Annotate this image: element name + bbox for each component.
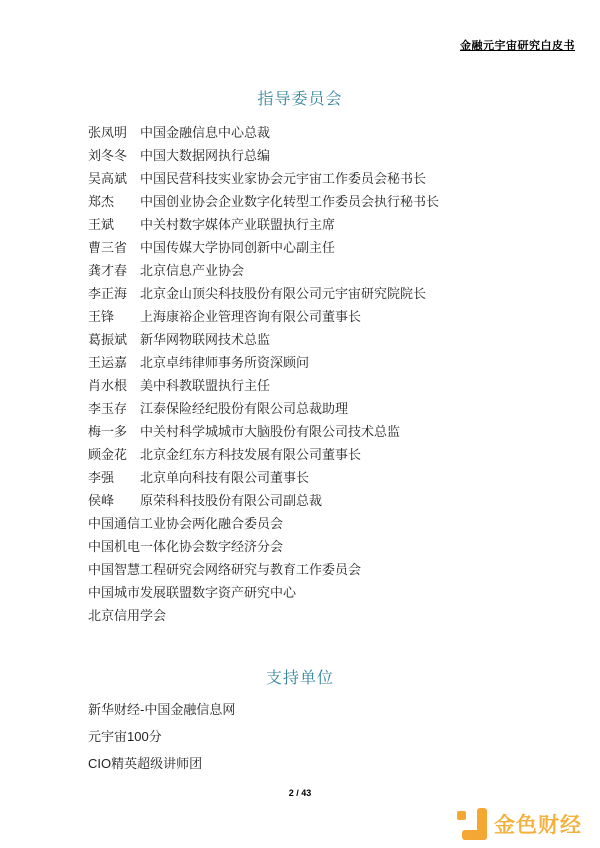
document-page: 金融元宇宙研究白皮书 指导委员会 张凤明 中国金融信息中心总裁 刘冬冬 中国大数…	[0, 0, 600, 848]
committee-member-list: 张凤明 中国金融信息中心总裁 刘冬冬 中国大数据网执行总编 吴高斌 中国民营科技…	[88, 121, 518, 512]
member-name: 王运嘉	[88, 351, 140, 374]
jinse-coin-icon	[457, 808, 487, 840]
member-name: 龚才春	[88, 259, 140, 282]
support-unit-row: CIO精英超级讲师团	[88, 750, 518, 777]
committee-member-row: 侯峰 原荣科科技股份有限公司副总裁	[88, 489, 518, 512]
member-role: 中国金融信息中心总裁	[140, 121, 518, 144]
member-role: 北京单向科技有限公司董事长	[140, 466, 518, 489]
member-name: 王锋	[88, 305, 140, 328]
member-name: 李玉存	[88, 397, 140, 420]
member-name: 刘冬冬	[88, 144, 140, 167]
committee-member-row: 王斌 中关村数字媒体产业联盟执行主席	[88, 213, 518, 236]
committee-member-row: 王锋 上海康裕企业管理咨询有限公司董事长	[88, 305, 518, 328]
committee-member-row: 刘冬冬 中国大数据网执行总编	[88, 144, 518, 167]
member-role: 原荣科科技股份有限公司副总裁	[140, 489, 518, 512]
committee-organization-row: 中国智慧工程研究会网络研究与教育工作委员会	[88, 558, 518, 581]
member-role: 北京金山顶尖科技股份有限公司元宇宙研究院院长	[140, 282, 518, 305]
member-role: 中国创业协会企业数字化转型工作委员会执行秘书长	[140, 190, 518, 213]
member-name: 肖水根	[88, 374, 140, 397]
committee-member-row: 梅一多 中关村科学城城市大脑股份有限公司技术总监	[88, 420, 518, 443]
committee-organization-row: 中国城市发展联盟数字资产研究中心	[88, 581, 518, 604]
page-header-title: 金融元宇宙研究白皮书	[460, 37, 575, 53]
page-number: 2 / 43	[0, 788, 600, 798]
support-section-title: 支持单位	[88, 665, 512, 688]
member-role: 美中科教联盟执行主任	[140, 374, 518, 397]
support-unit-row: 新华财经-中国金融信息网	[88, 696, 518, 723]
page-content: 指导委员会 张凤明 中国金融信息中心总裁 刘冬冬 中国大数据网执行总编 吴高斌 …	[88, 86, 518, 777]
committee-member-row: 龚才春 北京信息产业协会	[88, 259, 518, 282]
member-name: 郑杰	[88, 190, 140, 213]
member-role: 北京卓纬律师事务所资深顾问	[140, 351, 518, 374]
support-unit-list: 新华财经-中国金融信息网 元宇宙100分 CIO精英超级讲师团	[88, 696, 518, 777]
committee-member-row: 李正海 北京金山顶尖科技股份有限公司元宇宙研究院院长	[88, 282, 518, 305]
member-role: 中国民营科技实业家协会元宇宙工作委员会秘书长	[140, 167, 518, 190]
member-name: 梅一多	[88, 420, 140, 443]
member-role: 江泰保险经纪股份有限公司总裁助理	[140, 397, 518, 420]
member-name: 吴高斌	[88, 167, 140, 190]
committee-organization-row: 中国通信工业协会两化融合委员会	[88, 512, 518, 535]
committee-member-row: 顾金花 北京金红东方科技发展有限公司董事长	[88, 443, 518, 466]
member-name: 王斌	[88, 213, 140, 236]
committee-member-row: 李强 北京单向科技有限公司董事长	[88, 466, 518, 489]
jinse-finance-logo: 金色财经	[457, 808, 582, 840]
member-name: 葛振斌	[88, 328, 140, 351]
committee-section-title: 指导委员会	[88, 86, 512, 109]
member-role: 上海康裕企业管理咨询有限公司董事长	[140, 305, 518, 328]
member-role: 中国传媒大学协同创新中心副主任	[140, 236, 518, 259]
jinse-logo-text: 金色财经	[494, 809, 582, 839]
member-name: 张凤明	[88, 121, 140, 144]
committee-organization-list: 中国通信工业协会两化融合委员会 中国机电一体化协会数字经济分会 中国智慧工程研究…	[88, 512, 518, 627]
committee-organization-row: 北京信用学会	[88, 604, 518, 627]
member-name: 李正海	[88, 282, 140, 305]
member-name: 侯峰	[88, 489, 140, 512]
member-role: 中关村科学城城市大脑股份有限公司技术总监	[140, 420, 518, 443]
committee-member-row: 张凤明 中国金融信息中心总裁	[88, 121, 518, 144]
member-name: 顾金花	[88, 443, 140, 466]
member-name: 李强	[88, 466, 140, 489]
member-role: 北京金红东方科技发展有限公司董事长	[140, 443, 518, 466]
committee-member-row: 曹三省 中国传媒大学协同创新中心副主任	[88, 236, 518, 259]
member-role: 新华网物联网技术总监	[140, 328, 518, 351]
committee-member-row: 肖水根 美中科教联盟执行主任	[88, 374, 518, 397]
member-name: 曹三省	[88, 236, 140, 259]
committee-member-row: 王运嘉 北京卓纬律师事务所资深顾问	[88, 351, 518, 374]
member-role: 北京信息产业协会	[140, 259, 518, 282]
member-role: 中关村数字媒体产业联盟执行主席	[140, 213, 518, 236]
committee-member-row: 李玉存 江泰保险经纪股份有限公司总裁助理	[88, 397, 518, 420]
support-unit-row: 元宇宙100分	[88, 723, 518, 750]
committee-member-row: 葛振斌 新华网物联网技术总监	[88, 328, 518, 351]
member-role: 中国大数据网执行总编	[140, 144, 518, 167]
committee-organization-row: 中国机电一体化协会数字经济分会	[88, 535, 518, 558]
committee-member-row: 吴高斌 中国民营科技实业家协会元宇宙工作委员会秘书长	[88, 167, 518, 190]
committee-member-row: 郑杰 中国创业协会企业数字化转型工作委员会执行秘书长	[88, 190, 518, 213]
